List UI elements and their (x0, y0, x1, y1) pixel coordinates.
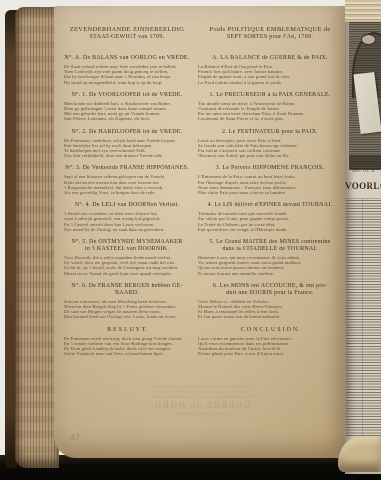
section-5-fr: 5. Le Grand MAITRE des MINES contremine … (196, 239, 344, 276)
verse-line: Moest in uw Vyand als goed loon voor qua… (64, 271, 192, 276)
section-heading: N°. 2. De HARDLOOPER tot de VREDE. (62, 129, 192, 136)
verse-line: Lieutenant de Saint Pierre et tu, n'entr… (198, 116, 344, 121)
verse-block: De Staat-schaal scheen naar Vree voorled… (62, 64, 192, 85)
section-heading: N°. A. De BALANS van OORLOG en VREDE. (62, 55, 192, 62)
verse-block: Louis au desespoir, pour avoir Paix si b… (196, 138, 344, 159)
section-heading: N°. 1. De VOORLOOPER tot de VREDE. (62, 92, 192, 99)
section-heading: N°. 5. De ONTMYNDE MYNEMAAKER (62, 239, 192, 246)
section-a: N°. A. De BALANS van OORLOG en VREDE. De… (62, 55, 192, 85)
section-heading: 2. Le FESTINATEUR pour la PAIX. (196, 129, 344, 136)
section-heading: A. LA BALANCE de GUERRE & de PAIX. (196, 55, 344, 62)
engraving-base (349, 155, 381, 169)
page-block-fore-edge (15, 7, 59, 468)
section-1: N°. 1. De VOORLOOPER tot de VREDE. Men k… (62, 92, 192, 122)
facing-page-top-edges (345, 0, 381, 22)
section-3-fr: 3. Le Pervers HIPPOMENE FRANÇOIS. L'Entr… (196, 165, 344, 195)
section-conclusion: C O N C L U S I O N. Louis s'arme en gue… (196, 327, 344, 357)
section-2: N°. 2. De HARDLOOPER tot de VREDE. De Fr… (62, 129, 192, 159)
section-2-fr: 2. Le FESTINATEUR pour la PAIX. Louis au… (196, 129, 344, 159)
section-heading: C O N C L U S I O N. (196, 327, 344, 334)
verse-line: Als een geweldig Vorst, te buigen door d… (64, 190, 192, 195)
section-heading: 1. Le PRECURSEUR à la PAIX GENERALE. (196, 92, 344, 99)
verse-line: Sint Pieters Luitenant, als Kapitein, di… (64, 116, 192, 121)
section-5: N°. 5. De ONTMYNDE MYNEMAAKER in 't KAST… (62, 239, 192, 276)
verse-line: Plus claire Paix pour nous s'ouvre sa lu… (198, 190, 344, 195)
title-line: ZEVENDERHANDE ZINNEBEELDIG (62, 26, 192, 34)
section-4: N°. 4. De LELI van DOORNen Verlost. 't S… (62, 202, 192, 232)
section-1-fr: 1. Le PRECURSEUR à la PAIX GENERALE. Ton… (196, 92, 344, 122)
verse-line: Za dit in, op 't hoofd, zoals de Gevange… (64, 265, 192, 270)
verse-block: Schoon schreeuwt, als men Meryburg heeft… (62, 299, 192, 320)
section-3: N°. 3. De Verkeerde FRANSE HIPPOMANES. S… (62, 165, 192, 195)
facing-page-engraving (349, 22, 381, 170)
verse-block: Spyt al een blaauwe scheen geloopen om d… (62, 174, 192, 195)
facing-page-text-block (346, 198, 381, 436)
verse-line: Zoekt Vrankryk naar oud Vree; schoon bui… (64, 351, 192, 356)
engraving-medallion (361, 34, 376, 45)
section-heading: 4. Le LIS délivré d'EPINES devant TOURNA… (196, 202, 344, 209)
engraving-caption: ARN. IVL. K. (347, 169, 381, 173)
section-besluyt: B E S L U Y T. De Fransman woelt om kryg… (62, 327, 192, 357)
verse-block: Demeure à son, qui nous reconnaisse, & v… (196, 255, 344, 276)
verse-line: Et l'an passé avons fait de bonne mémoir… (198, 314, 344, 319)
verse-line: Den bestand heeft uw Oorlogs vee, Louis,… (64, 314, 192, 319)
book-photo: ZEVENDERHANDE ZINNEBEELDIG STAAT-GEWIGT … (0, 0, 381, 480)
verse-block: Louis s'arme en guerrier pour la Paix né… (196, 336, 344, 357)
verse-line: Fait qu'ancêtres ont vengé, à l'Héroïque… (198, 227, 344, 232)
section-heading: 6. Les MONS ont ACCOUCHÉ, & ont pro- (196, 283, 344, 290)
left-column-title: ZEVENDERHANDE ZINNEBEELDIG STAAT-GEWIGT … (62, 26, 192, 41)
verse-block: De Fransman, raadeloos, schynt hard naar… (62, 138, 192, 159)
facing-page-heading-fragment: VOORLOG (345, 181, 381, 194)
section-heading: 3. Le Pervers HIPPOMENE FRANÇOIS. (196, 165, 344, 172)
dutch-column: N°. A. De BALANS van OORLOG en VREDE. De… (62, 55, 192, 364)
section-heading-line2: duit une SOURIS pour la France. (196, 290, 344, 297)
verse-block: La Balance d'Etat de l'an passé la PaixP… (196, 64, 344, 85)
verse-line: Et mieux fournis une annuelle extrême. (198, 271, 344, 276)
verse-block: Voor Doornik, die u zelve maanden lieder… (62, 255, 192, 276)
section-a-fr: A. LA BALANCE de GUERRE & de PAIX. La Ba… (196, 55, 344, 85)
verse-line: Hy stond op moogendheid, want kop is op … (64, 80, 192, 85)
verse-block: 't Samelt als voorheen; en dien weer alo… (62, 211, 192, 232)
verse-line: Zyn moed by de Oorlog, en vaak daar na g… (64, 227, 192, 232)
section-heading: B E S L U Y T. (62, 327, 192, 334)
section-heading: N°. 6. De FRANSE BERGEN hebben GE- (62, 283, 192, 290)
verse-line: Zyn Zen verdubbeld, door een draaver Vre… (64, 153, 192, 158)
verse-line: Obscurcit son Soleil, par pais tout lâch… (198, 153, 344, 158)
section-heading-line2: in 't KASTEEL van DOORNIK. (62, 246, 192, 253)
verse-block: Trémulus de tournée sont que nouvelle fr… (196, 211, 344, 232)
french-column: A. LA BALANCE de GUERRE & de PAIX. La Ba… (196, 55, 344, 364)
section-heading-line2: dans la CITADELLE de TOURNAI. (196, 246, 344, 253)
verse-block: Cette Délice-ci, célébrée en Voltaire,Mo… (196, 299, 344, 320)
section-6-fr: 6. Les MONS ont ACCOUCHÉ, & ont pro- dui… (196, 283, 344, 320)
title-line: Poids POLITIQUE EMBLEMATIQUE de (196, 26, 344, 34)
section-heading-line2: BAARD. (62, 290, 192, 297)
title-line: SEPT SORTES pour l'An, 1709. (196, 34, 344, 41)
section-6: N°. 6. De FRANSE BERGEN hebben GE- BAARD… (62, 283, 192, 320)
title-line: STAAT-GEWIGT van 1709. (62, 34, 192, 41)
section-heading: N°. 3. De Verkeerde FRANSE HIPPOMANES. (62, 165, 192, 172)
verse-line: Prions gémis pour Paix, à tort d'Anjou a… (198, 351, 344, 356)
verse-block: De Fransman woelt om kryg; doch wou graa… (62, 336, 192, 357)
pencil-page-number: 47 (70, 432, 81, 442)
verse-block: L'Entremets de la Paix; courut au bout l… (196, 174, 344, 195)
verse-line: Le Nord (subite taulas) à la guerre le p… (198, 80, 344, 85)
section-heading: 5. Le Grand MAITRE des MINES contremine (196, 239, 344, 246)
right-column-title: Poids POLITIQUE EMBLEMATIQUE de SEPT SOR… (196, 26, 344, 41)
section-4-fr: 4. Le LIS délivré d'EPINES devant TOURNA… (196, 202, 344, 232)
verse-block: Ton double cœur un brisé, o Fourvoyeur d… (196, 101, 344, 122)
verse-block: Men konde uw dubbeld hart, o Struikroove… (62, 101, 192, 122)
section-heading: N°. 4. De LELI van DOORNen Verlost. (62, 202, 192, 209)
